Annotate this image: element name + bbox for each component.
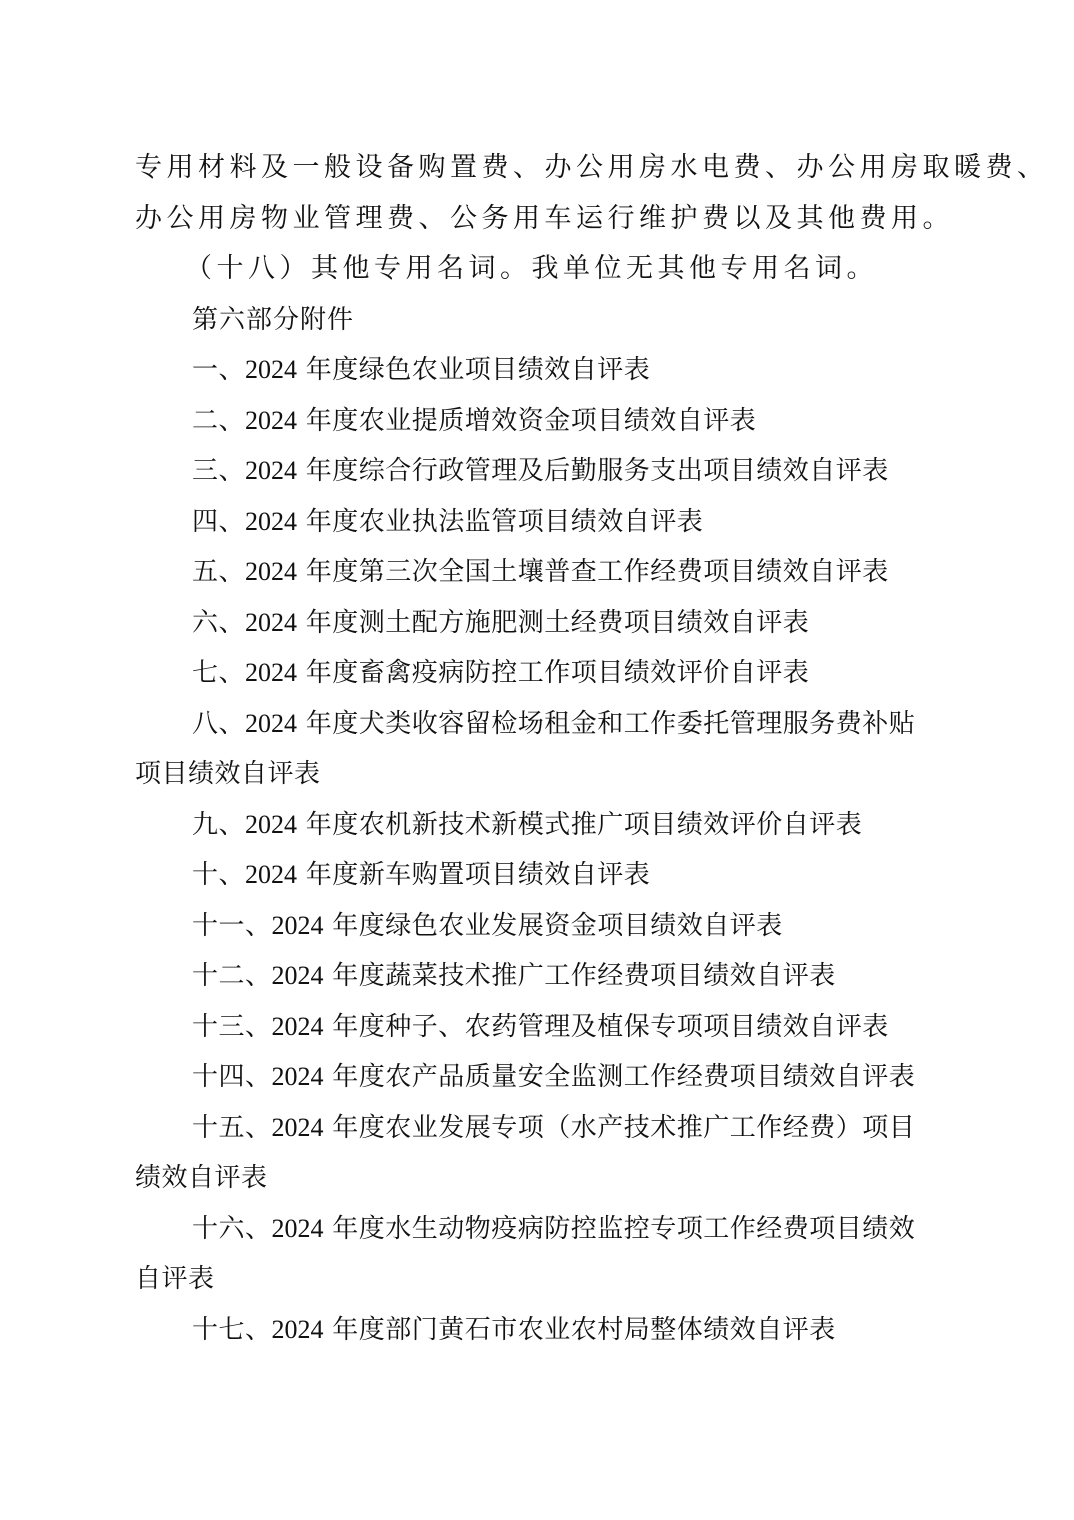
section-heading: 第六部分附件 bbox=[135, 295, 975, 346]
attachment-title: 年度畜禽疫病防控工作项目绩效评价自评表 bbox=[306, 658, 810, 688]
attachment-number: 五、 bbox=[192, 557, 245, 587]
attachment-title: 年度综合行政管理及后勤服务支出项目绩效自评表 bbox=[306, 456, 889, 486]
attachment-year: 2024 bbox=[245, 709, 297, 738]
attachment-item: 十六、2024 年度水生动物疫病防控监控专项工作经费项目绩效 bbox=[135, 1204, 975, 1255]
attachment-title: 年度新车购置项目绩效自评表 bbox=[306, 860, 651, 890]
attachment-title: 年度测土配方施肥测土经费项目绩效自评表 bbox=[306, 608, 810, 638]
attachment-title-continuation: 绩效自评表 bbox=[135, 1153, 975, 1204]
attachment-title: 年度部门黄石市农业农村局整体绩效自评表 bbox=[332, 1315, 836, 1345]
attachment-item: 三、2024 年度综合行政管理及后勤服务支出项目绩效自评表 bbox=[135, 446, 975, 497]
attachment-number: 一、 bbox=[192, 355, 245, 385]
attachment-number: 十五、 bbox=[192, 1113, 272, 1143]
attachment-number: 七、 bbox=[192, 658, 245, 688]
attachment-list: 一、2024 年度绿色农业项目绩效自评表二、2024 年度农业提质增效资金项目绩… bbox=[135, 345, 975, 1355]
attachment-title: 年度绿色农业发展资金项目绩效自评表 bbox=[332, 911, 783, 941]
attachment-year: 2024 bbox=[245, 355, 297, 384]
attachment-item: 一、2024 年度绿色农业项目绩效自评表 bbox=[135, 345, 975, 396]
attachment-title: 年度农产品质量安全监测工作经费项目绩效自评表 bbox=[332, 1062, 915, 1092]
attachment-number: 十三、 bbox=[192, 1012, 272, 1042]
attachment-year: 2024 bbox=[272, 1214, 324, 1243]
attachment-title: 年度农机新技术新模式推广项目绩效评价自评表 bbox=[306, 810, 863, 840]
attachment-item: 十二、2024 年度蔬菜技术推广工作经费项目绩效自评表 bbox=[135, 951, 975, 1002]
attachment-item: 二、2024 年度农业提质增效资金项目绩效自评表 bbox=[135, 396, 975, 447]
attachment-item: 四、2024 年度农业执法监管项目绩效自评表 bbox=[135, 497, 975, 548]
attachment-item: 十四、2024 年度农产品质量安全监测工作经费项目绩效自评表 bbox=[135, 1052, 975, 1103]
attachment-number: 二、 bbox=[192, 406, 245, 436]
attachment-title: 年度犬类收容留检场租金和工作委托管理服务费补贴 bbox=[306, 709, 916, 739]
attachment-title: 年度农业发展专项（水产技术推广工作经费）项目 bbox=[332, 1113, 915, 1143]
attachment-number: 十七、 bbox=[192, 1315, 272, 1345]
paragraph-other-terms: （十八）其他专用名词。我单位无其他专用名词。 bbox=[135, 244, 975, 295]
attachment-title: 年度水生动物疫病防控监控专项工作经费项目绩效 bbox=[332, 1214, 915, 1244]
attachment-title: 年度第三次全国土壤普查工作经费项目绩效自评表 bbox=[306, 557, 889, 587]
attachment-number: 十四、 bbox=[192, 1062, 272, 1092]
attachment-number: 十二、 bbox=[192, 961, 272, 991]
attachment-item: 十七、2024 年度部门黄石市农业农村局整体绩效自评表 bbox=[135, 1305, 975, 1356]
attachment-year: 2024 bbox=[272, 911, 324, 940]
attachment-title-continuation: 自评表 bbox=[135, 1254, 975, 1305]
attachment-number: 四、 bbox=[192, 507, 245, 537]
attachment-year: 2024 bbox=[272, 961, 324, 990]
attachment-item: 八、2024 年度犬类收容留检场租金和工作委托管理服务费补贴 bbox=[135, 699, 975, 750]
attachment-title-continuation: 项目绩效自评表 bbox=[135, 749, 975, 800]
attachment-number: 十、 bbox=[192, 860, 245, 890]
attachment-year: 2024 bbox=[245, 860, 297, 889]
attachment-item: 十三、2024 年度种子、农药管理及植保专项项目绩效自评表 bbox=[135, 1002, 975, 1053]
attachment-year: 2024 bbox=[245, 557, 297, 586]
attachment-number: 三、 bbox=[192, 456, 245, 486]
attachment-year: 2024 bbox=[245, 406, 297, 435]
attachment-title: 年度绿色农业项目绩效自评表 bbox=[306, 355, 651, 385]
attachment-item: 十一、2024 年度绿色农业发展资金项目绩效自评表 bbox=[135, 901, 975, 952]
attachment-year: 2024 bbox=[272, 1315, 324, 1344]
attachment-number: 十一、 bbox=[192, 911, 272, 941]
document-page: 专用材料及一般设备购置费、办公用房水电费、办公用房取暖费、 办公用房物业管理费、… bbox=[135, 143, 975, 1355]
attachment-number: 八、 bbox=[192, 709, 245, 739]
attachment-year: 2024 bbox=[245, 810, 297, 839]
attachment-number: 九、 bbox=[192, 810, 245, 840]
attachment-title: 年度蔬菜技术推广工作经费项目绩效自评表 bbox=[332, 961, 836, 991]
attachment-number: 六、 bbox=[192, 608, 245, 638]
attachment-year: 2024 bbox=[272, 1062, 324, 1091]
attachment-item: 十五、2024 年度农业发展专项（水产技术推广工作经费）项目 bbox=[135, 1103, 975, 1154]
attachment-year: 2024 bbox=[245, 608, 297, 637]
attachment-year: 2024 bbox=[245, 658, 297, 687]
attachment-title: 年度农业执法监管项目绩效自评表 bbox=[306, 507, 704, 537]
attachment-item: 十、2024 年度新车购置项目绩效自评表 bbox=[135, 850, 975, 901]
attachment-title: 年度种子、农药管理及植保专项项目绩效自评表 bbox=[332, 1012, 889, 1042]
attachment-year: 2024 bbox=[245, 456, 297, 485]
attachment-item: 六、2024 年度测土配方施肥测土经费项目绩效自评表 bbox=[135, 598, 975, 649]
attachment-item: 五、2024 年度第三次全国土壤普查工作经费项目绩效自评表 bbox=[135, 547, 975, 598]
attachment-year: 2024 bbox=[272, 1012, 324, 1041]
attachment-number: 十六、 bbox=[192, 1214, 272, 1244]
attachment-year: 2024 bbox=[245, 507, 297, 536]
attachment-item: 九、2024 年度农机新技术新模式推广项目绩效评价自评表 bbox=[135, 800, 975, 851]
attachment-year: 2024 bbox=[272, 1113, 324, 1142]
attachment-item: 七、2024 年度畜禽疫病防控工作项目绩效评价自评表 bbox=[135, 648, 975, 699]
paragraph-line: 办公用房物业管理费、公务用车运行维护费以及其他费用。 bbox=[135, 194, 975, 245]
attachment-title: 年度农业提质增效资金项目绩效自评表 bbox=[306, 406, 757, 436]
paragraph-line: 专用材料及一般设备购置费、办公用房水电费、办公用房取暖费、 bbox=[135, 143, 975, 194]
